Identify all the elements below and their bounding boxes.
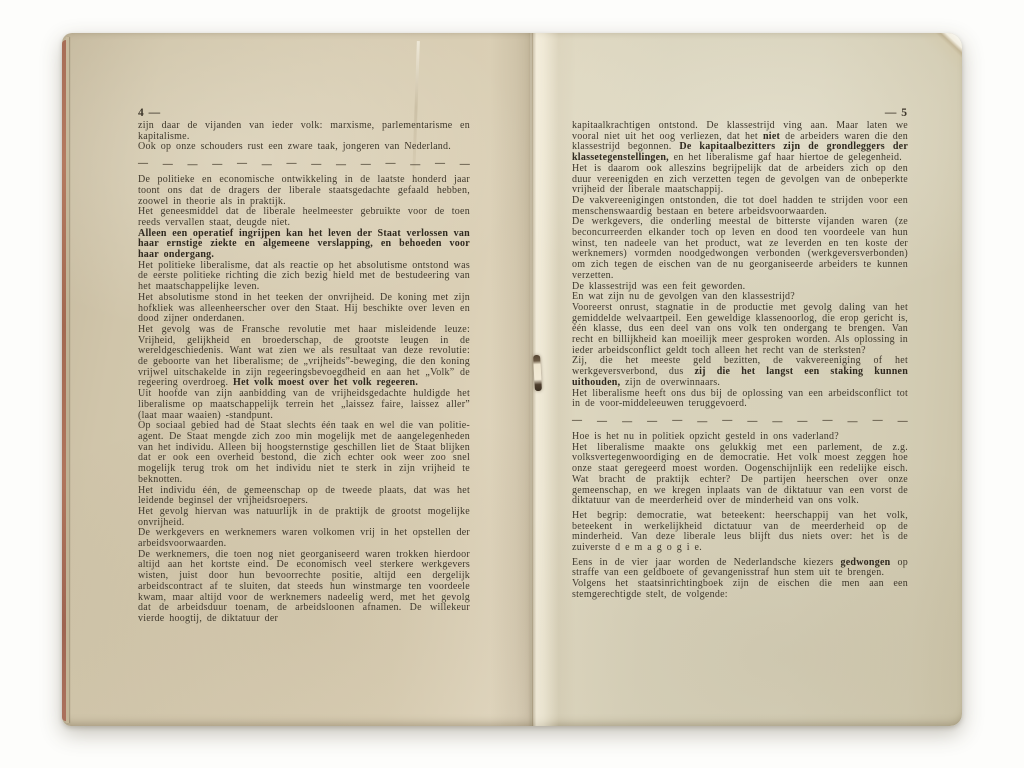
photo-background: 4 — zijn daar de vijanden van ieder volk… xyxy=(0,0,1024,768)
paragraph: De werkgevers en werknemers waren volkom… xyxy=(138,528,470,549)
paragraph: De vakvereenigingen ontstonden, die tot … xyxy=(572,196,908,217)
paragraph: Eens in de vier jaar worden de Nederland… xyxy=(572,558,908,579)
page-left: 4 — zijn daar de vijanden van ieder volk… xyxy=(62,33,530,726)
paragraph: Het gevolg hiervan was natuurlijk in de … xyxy=(138,507,470,528)
paragraph: Het politieke liberalisme, dat als react… xyxy=(138,261,470,293)
paragraph: Volgens het staatsinrichtingboek zijn de… xyxy=(572,579,908,600)
page-left-text: zijn daar de vijanden van ieder volk: ma… xyxy=(138,121,470,625)
paragraph: Zij, die het meeste geld bezitten, de va… xyxy=(572,356,908,388)
page-right: — 5 kapitaalkrachtigen ontstond. De klas… xyxy=(530,33,962,726)
paragraph: Op sociaal gebied had de Staat slechts é… xyxy=(138,421,470,485)
paragraph: De werkgevers, die onderling meestal de … xyxy=(572,217,908,281)
paragraph: Het liberalisme heeft ons dus bij de opl… xyxy=(572,389,908,410)
paragraph: De werknemers, die toen nog niet georgan… xyxy=(138,550,470,625)
paragraph: Ook op onze schouders rust een zware taa… xyxy=(138,142,470,153)
paragraph: Het absolutisme stond in het teeken der … xyxy=(138,293,470,325)
paragraph: kapitaalkrachtigen ontstond. De klassest… xyxy=(572,121,908,164)
paragraph: Het liberalisme maakte ons gelukkig met … xyxy=(572,443,908,507)
under-sheet-edge xyxy=(66,37,69,723)
page-right-text: kapitaalkrachtigen ontstond. De klassest… xyxy=(572,121,908,601)
paragraph: Het begrip: democratie, wat beteekent: h… xyxy=(572,511,908,554)
paragraph: Uit hoofde van zijn aanbidding van de vr… xyxy=(138,389,470,421)
paragraph: De politieke en economische ontwikkeling… xyxy=(138,175,470,207)
section-divider: —————————————— xyxy=(138,160,470,169)
paragraph: Het gevolg was de Fransche revolutie met… xyxy=(138,325,470,389)
paragraph: Alleen een operatief ingrijpen kan het l… xyxy=(138,229,470,261)
section-divider: —————————————— xyxy=(572,417,908,426)
paragraph: Het geneesmiddel dat de liberale heelmee… xyxy=(138,207,470,228)
page-number-right: — 5 xyxy=(572,107,908,119)
paragraph: zijn daar de vijanden van ieder volk: ma… xyxy=(138,121,470,142)
paragraph: Het individu één, de gemeenschap op de t… xyxy=(138,486,470,507)
paragraph: Het is daarom ook alleszins begrijpelijk… xyxy=(572,164,908,196)
paragraph: Vooreerst onrust, stagnatie in de produc… xyxy=(572,303,908,357)
open-booklet: 4 — zijn daar de vijanden van ieder volk… xyxy=(62,33,962,726)
page-number-left: 4 — xyxy=(138,107,161,119)
